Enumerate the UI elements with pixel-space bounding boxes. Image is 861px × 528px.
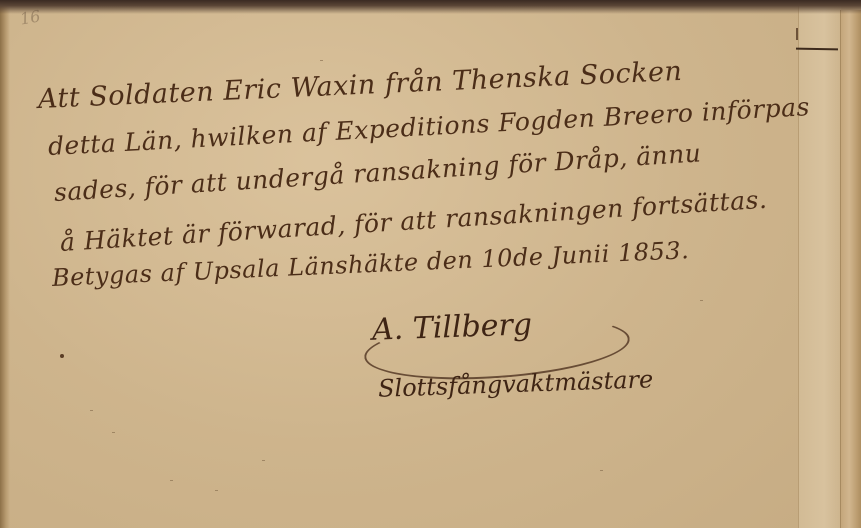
paper-speck: [700, 300, 703, 301]
ink-dot: [60, 354, 64, 358]
paper-speck: [600, 470, 603, 471]
adjacent-page-edge: [798, 6, 841, 528]
paper-speck: [170, 480, 173, 481]
paper-speck: [90, 410, 93, 411]
signature: A. Tillberg: [371, 307, 532, 348]
paper-speck: [215, 490, 218, 491]
paper-speck: [112, 432, 115, 433]
binding-shadow-top: [0, 0, 861, 14]
adjacent-page-ink-tick: [796, 28, 798, 40]
page-left-edge: [0, 0, 10, 528]
paper-speck: [262, 460, 265, 461]
paper-speck: [320, 60, 323, 61]
book-spine: [840, 10, 861, 528]
